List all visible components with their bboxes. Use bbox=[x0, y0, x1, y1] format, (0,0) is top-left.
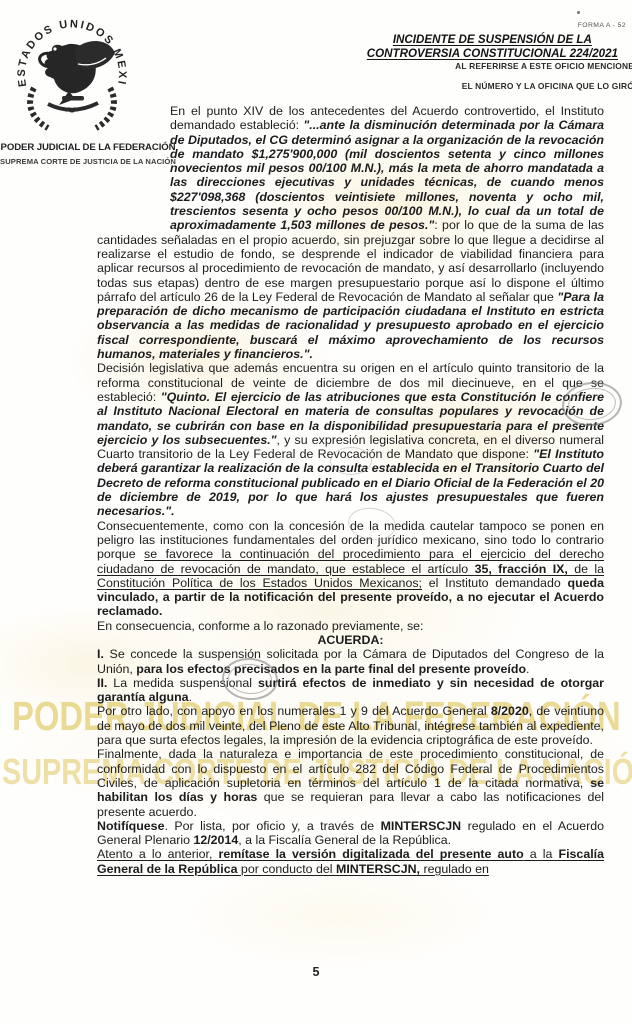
reference-notice: AL REFERIRSE A ESTE OFICIO MENCIONE EL N… bbox=[455, 57, 632, 96]
text-run: 35, fracción IX, bbox=[475, 562, 568, 576]
scanned-legal-document-page: PODER JUDICIAL DE LA FEDERACIÓN SUPREMA … bbox=[0, 0, 632, 1024]
paragraph-notifiquese: Notifíquese. Por lista, por oficio y, a … bbox=[97, 819, 604, 848]
text-run: ACUERDA: bbox=[317, 633, 383, 647]
case-caption: INCIDENTE DE SUSPENSIÓN DE LA CONTROVERS… bbox=[367, 33, 618, 60]
text-run: II. bbox=[97, 676, 107, 690]
text-run: En consecuencia, conforme a lo razonado … bbox=[97, 619, 423, 633]
eagle-glyph bbox=[40, 41, 115, 111]
scan-dot-artifact bbox=[577, 11, 580, 14]
text-run: Atento a lo anterior, bbox=[97, 847, 219, 861]
text-run: . bbox=[526, 662, 529, 676]
text-run: Notifíquese bbox=[97, 819, 164, 833]
text-run: 8/2020 bbox=[491, 704, 529, 718]
text-run: Por otro lado, con apoyo en los numerale… bbox=[97, 704, 491, 718]
text-run: . bbox=[189, 690, 192, 704]
reference-notice-line-1: AL REFERIRSE A ESTE OFICIO MENCIONE bbox=[455, 57, 632, 77]
letterhead-wrap-spacer bbox=[97, 104, 170, 232]
text-run: para los efectos precisados en la parte … bbox=[136, 662, 526, 676]
text-run: , a la Fiscalía General de la República. bbox=[238, 833, 451, 847]
text-run: 12/2014 bbox=[193, 833, 238, 847]
reference-notice-line-2: EL NÚMERO Y LA OFICINA QUE LO GIRÓ bbox=[455, 77, 632, 97]
body-text: En el punto XIV de los antecedentes del … bbox=[97, 104, 604, 876]
text-run: . Por lista, por oficio y, a través de bbox=[164, 819, 380, 833]
paragraph-antecedente-xiv: En el punto XIV de los antecedentes del … bbox=[97, 104, 604, 361]
paragraph-en-consecuencia: En consecuencia, conforme a lo razonado … bbox=[97, 619, 604, 633]
paragraph-consecuentemente: Consecuentemente, como con la concesión … bbox=[97, 519, 604, 619]
text-run: MINTERSCJN bbox=[381, 819, 462, 833]
paragraph-punto-dos: II. La medida suspensional surtirá efect… bbox=[97, 676, 604, 705]
page-number: 5 bbox=[0, 965, 632, 979]
text-run: I. bbox=[97, 647, 104, 661]
text-run: remítase la versión digitalizada del pre… bbox=[219, 847, 524, 861]
paragraph-decision-legislativa: Decisión legislativa que además encuentr… bbox=[97, 361, 604, 518]
paragraph-finalmente: Finalmente, dada la naturaleza e importa… bbox=[97, 747, 604, 818]
paragraph-acuerdo-general: Por otro lado, con apoyo en los numerale… bbox=[97, 704, 604, 747]
paragraph-acuerda-heading: ACUERDA: bbox=[97, 633, 604, 647]
paragraph-punto-uno: I. Se concede la suspensión solicitada p… bbox=[97, 647, 604, 676]
text-run: a la bbox=[524, 847, 559, 861]
text-run: el Instituto demandado bbox=[422, 576, 568, 590]
paragraph-atento: Atento a lo anterior, remítase la versió… bbox=[97, 847, 604, 876]
scan-stain bbox=[180, 860, 500, 970]
text-run: "...ante la disminución determinada por … bbox=[170, 118, 604, 232]
text-run: por conducto del bbox=[237, 862, 336, 876]
form-number: FORMA A - 52 bbox=[578, 22, 626, 29]
text-run: Finalmente, dada la naturaleza e importa… bbox=[97, 747, 604, 790]
text-run: La medida suspensional bbox=[107, 676, 258, 690]
case-caption-line-1: INCIDENTE DE SUSPENSIÓN DE LA bbox=[367, 33, 618, 47]
text-run: regulado en bbox=[420, 862, 489, 876]
text-run: MINTERSCJN, bbox=[336, 862, 420, 876]
laurel-left bbox=[30, 88, 48, 128]
